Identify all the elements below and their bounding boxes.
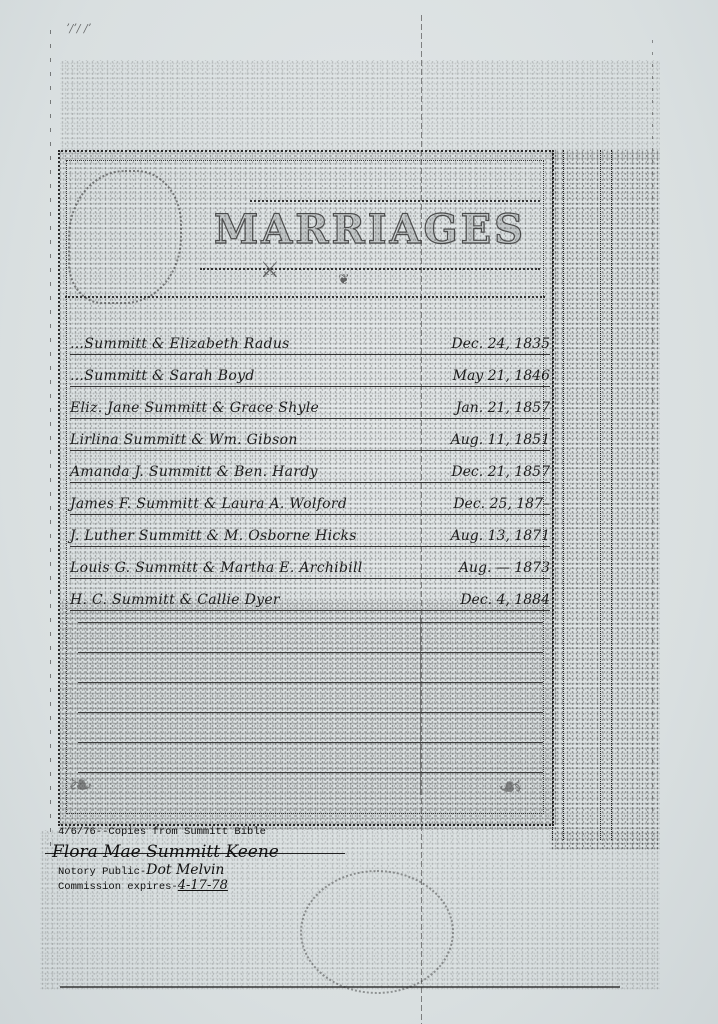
entry-names: Lirlina Summitt & Wm. Gibson	[70, 432, 298, 448]
sword-ornament-icon: ⚔	[260, 258, 280, 283]
entry-row: James F. Summitt & Laura A. Wolford Dec.…	[70, 485, 550, 515]
entry-date: Dec. 24, 1835	[451, 336, 550, 352]
signature: Flora Mae Summitt Keene	[52, 842, 452, 862]
entry-date: Dec. 25, 187–	[453, 496, 550, 512]
entry-row: …Summitt & Sarah Boyd May 21, 1846	[70, 357, 550, 387]
border-stripe	[552, 150, 564, 840]
entry-names: Eliz. Jane Summitt & Grace Shyle	[70, 400, 319, 416]
entry-date: Aug. 11, 1851	[451, 432, 550, 448]
top-mark: ʼ/ʼ/ /ʼ	[66, 22, 91, 35]
entry-row: Louis G. Summitt & Martha E. Archibill A…	[70, 549, 550, 579]
entry-row: Amanda J. Summitt & Ben. Hardy Dec. 21, …	[70, 453, 550, 483]
header-rule-base	[65, 296, 545, 298]
copy-edge-left	[50, 30, 51, 850]
header-rule-bottom	[200, 268, 540, 270]
blank-rule	[78, 742, 543, 743]
scroll-ornament	[68, 170, 182, 304]
border-stripe	[600, 150, 612, 840]
entry-date: Dec. 21, 1857	[451, 464, 550, 480]
corner-ornament-icon: ❧	[68, 768, 93, 803]
entry-row: H. C. Summitt & Callie Dyer Dec. 4, 1884	[70, 581, 550, 611]
blank-rule	[78, 652, 543, 653]
header-rule-top	[250, 200, 540, 202]
notary-label: Notory Public-	[58, 866, 146, 878]
entry-names: Amanda J. Summitt & Ben. Hardy	[70, 464, 318, 480]
corner-ornament-icon: ❧	[498, 770, 523, 805]
flourish-icon: ❦	[338, 272, 350, 288]
entry-row: Lirlina Summitt & Wm. Gibson Aug. 11, 18…	[70, 421, 550, 451]
commission-label: Commission expires-	[58, 881, 178, 893]
marriage-entries: …Summitt & Elizabeth Radus Dec. 24, 1835…	[70, 325, 550, 613]
blank-rule	[78, 772, 543, 773]
notary-signature: Dot Melvin	[146, 862, 224, 878]
entry-names: J. Luther Summitt & M. Osborne Hicks	[70, 528, 357, 544]
copy-edge-right	[652, 40, 653, 820]
entry-row: J. Luther Summitt & M. Osborne Hicks Aug…	[70, 517, 550, 547]
notary-seal	[300, 870, 454, 994]
register-title: MARRIAGES	[205, 206, 535, 253]
entry-date: Jan. 21, 1857	[456, 400, 550, 416]
blank-rule	[78, 712, 543, 713]
blank-rule	[78, 682, 543, 683]
entry-date: Dec. 4, 1884	[460, 592, 550, 608]
entry-names: Louis G. Summitt & Martha E. Archibill	[70, 560, 363, 576]
entry-date: Aug. 13, 1871	[451, 528, 550, 544]
column-divider	[420, 615, 421, 795]
commission-date: 4-17-78	[178, 878, 228, 893]
entry-names: James F. Summitt & Laura A. Wolford	[70, 496, 347, 512]
entry-names: …Summitt & Sarah Boyd	[70, 368, 255, 384]
entry-names: H. C. Summitt & Callie Dyer	[70, 592, 280, 608]
bottom-rule	[60, 986, 620, 988]
entry-row: …Summitt & Elizabeth Radus Dec. 24, 1835	[70, 325, 550, 355]
blank-rule	[78, 622, 543, 623]
entry-date: May 21, 1846	[453, 368, 550, 384]
copy-note: 4/6/76--Copies from Summitt Bible	[58, 826, 458, 842]
entry-row: Eliz. Jane Summitt & Grace Shyle Jan. 21…	[70, 389, 550, 419]
entry-names: …Summitt & Elizabeth Radus	[70, 336, 290, 352]
entry-date: Aug. — 1873	[459, 560, 550, 576]
